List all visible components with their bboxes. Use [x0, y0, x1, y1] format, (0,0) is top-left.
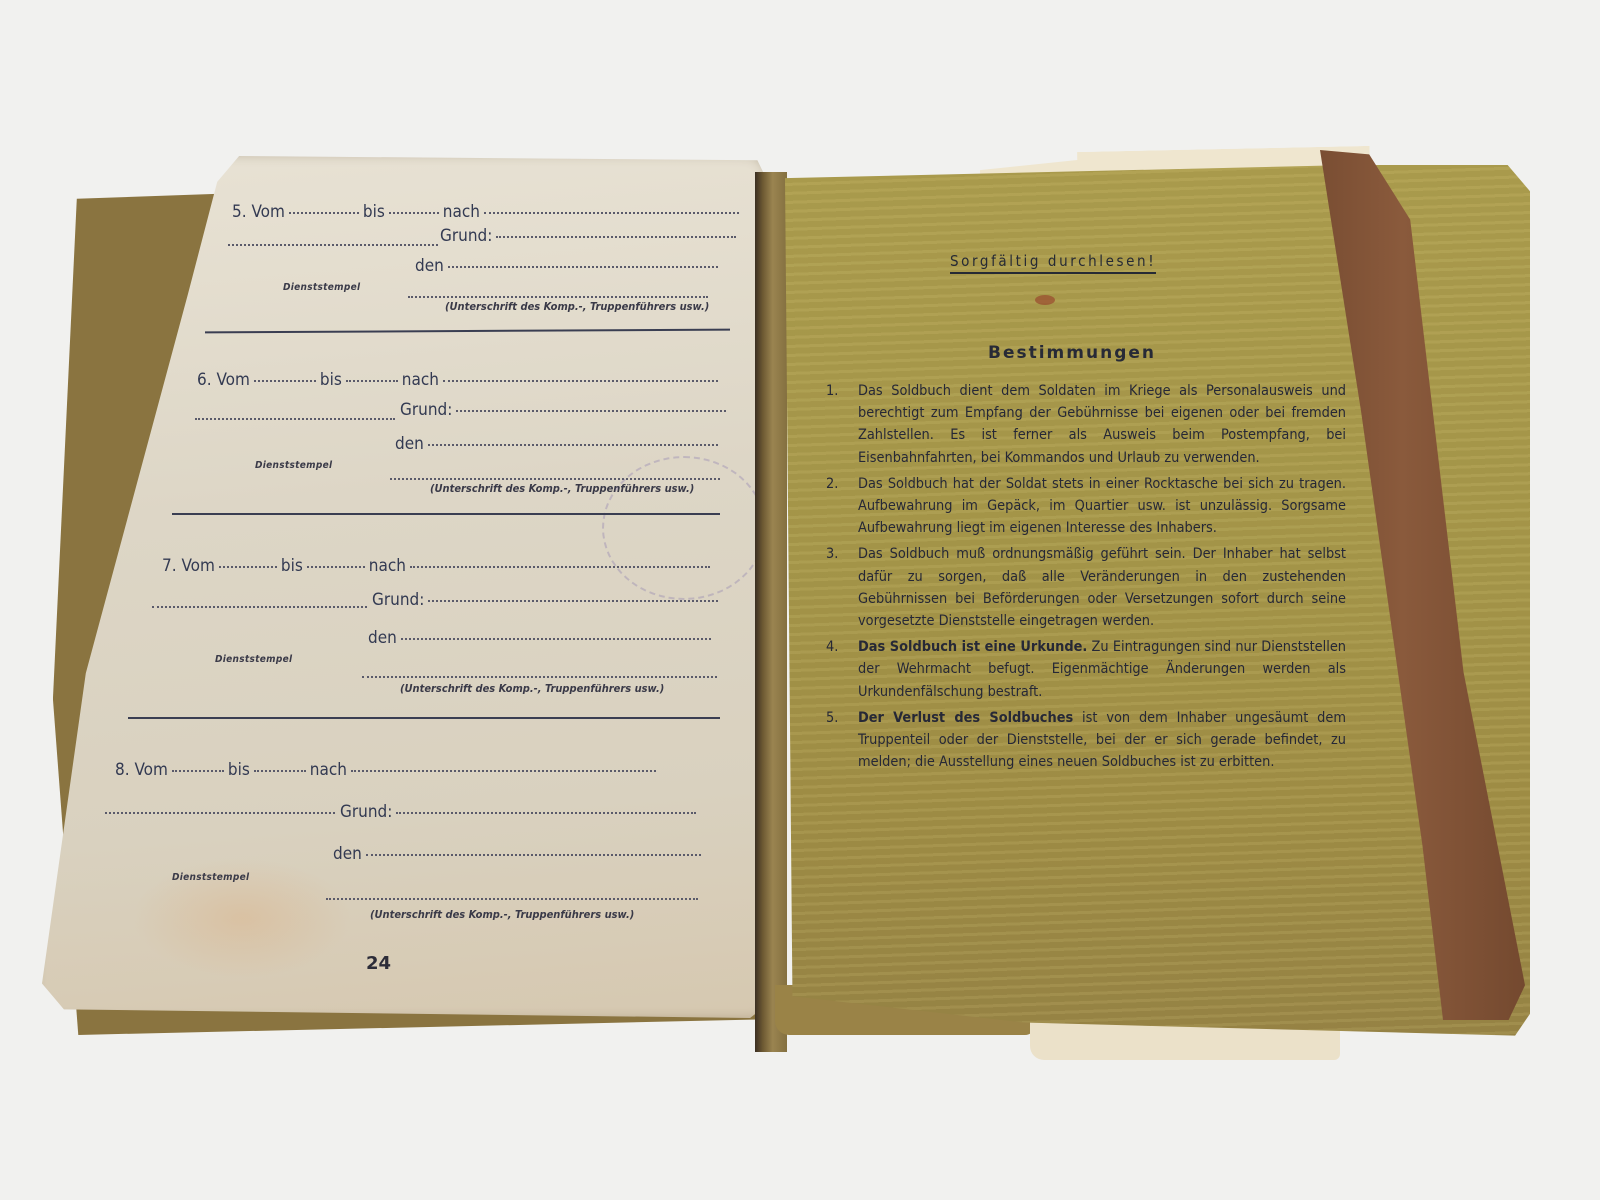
rule-item-3: 3. Das Soldbuch muß ordnungsmäßig geführ… [826, 543, 1346, 632]
grund-label: Grund: [340, 802, 392, 822]
grund-label: Grund: [440, 226, 492, 246]
den-label: den [368, 628, 397, 648]
den-label: den [415, 256, 444, 276]
stain [1035, 295, 1055, 305]
rule-number: 1. [826, 380, 838, 402]
rule-bold-text: Der Verlust des Soldbuches [858, 710, 1073, 726]
vom-label: Vom [216, 370, 249, 390]
rules-title: Bestimmungen [988, 343, 1156, 363]
rule-number: 3. [826, 543, 838, 565]
rule-item-4: 4. Das Soldbuch ist eine Urkunde. Zu Ein… [826, 636, 1346, 703]
den-label: den [395, 434, 424, 454]
rule-number: 5. [826, 707, 838, 729]
entry-number: 6. [197, 370, 212, 390]
rule-bold-text: Das Soldbuch ist eine Urkunde. [858, 639, 1087, 655]
den-label: den [333, 844, 362, 864]
entry-number: 7. [162, 556, 177, 576]
vom-label: Vom [251, 202, 284, 222]
rule-item-1: 1. Das Soldbuch dient dem Soldaten im Kr… [826, 380, 1346, 469]
rule-text: Das Soldbuch dient dem Soldaten im Krieg… [858, 383, 1346, 466]
nach-label: nach [402, 370, 439, 390]
dienststempel-label: Dienststempel [255, 460, 332, 471]
page-number: 24 [366, 953, 391, 974]
section-divider [128, 717, 720, 719]
bis-label: bis [281, 556, 303, 576]
vom-label: Vom [181, 556, 214, 576]
signature-caption: (Unterschrift des Komp.-, Truppenführers… [445, 300, 709, 313]
nach-label: nach [369, 556, 406, 576]
vom-label: Vom [134, 760, 167, 780]
dienststempel-label: Dienststempel [172, 872, 249, 883]
section-divider [172, 513, 720, 515]
rule-item-2: 2. Das Soldbuch hat der Soldat stets in … [826, 473, 1346, 540]
rule-text: Das Soldbuch muß ordnungsmäßig geführt s… [858, 546, 1346, 629]
notice-heading: Sorgfältig durchlesen! [950, 252, 1156, 274]
rule-number: 4. [826, 636, 838, 658]
nach-label: nach [310, 760, 347, 780]
entry-number: 5. [232, 202, 247, 222]
dienststempel-label: Dienststempel [283, 282, 360, 293]
signature-caption: (Unterschrift des Komp.-, Truppenführers… [370, 908, 634, 921]
grund-label: Grund: [372, 590, 424, 610]
book-spine-stitching [755, 172, 787, 1052]
signature-caption: (Unterschrift des Komp.-, Truppenführers… [400, 682, 664, 695]
grund-label: Grund: [400, 400, 452, 420]
rules-list: 1. Das Soldbuch dient dem Soldaten im Kr… [826, 380, 1346, 777]
nach-label: nach [443, 202, 480, 222]
photo-scene: 5. Vom bis nach Grund: den Dienststempel… [0, 0, 1600, 1200]
rule-text: Das Soldbuch hat der Soldat stets in ein… [858, 476, 1346, 536]
entry-number: 8. [115, 760, 130, 780]
rule-item-5: 5. Der Verlust des Soldbuches ist von de… [826, 707, 1346, 774]
dienststempel-label: Dienststempel [215, 654, 292, 665]
bis-label: bis [320, 370, 342, 390]
signature-caption: (Unterschrift des Komp.-, Truppenführers… [430, 482, 694, 495]
bis-label: bis [363, 202, 385, 222]
bis-label: bis [228, 760, 250, 780]
rule-number: 2. [826, 473, 838, 495]
